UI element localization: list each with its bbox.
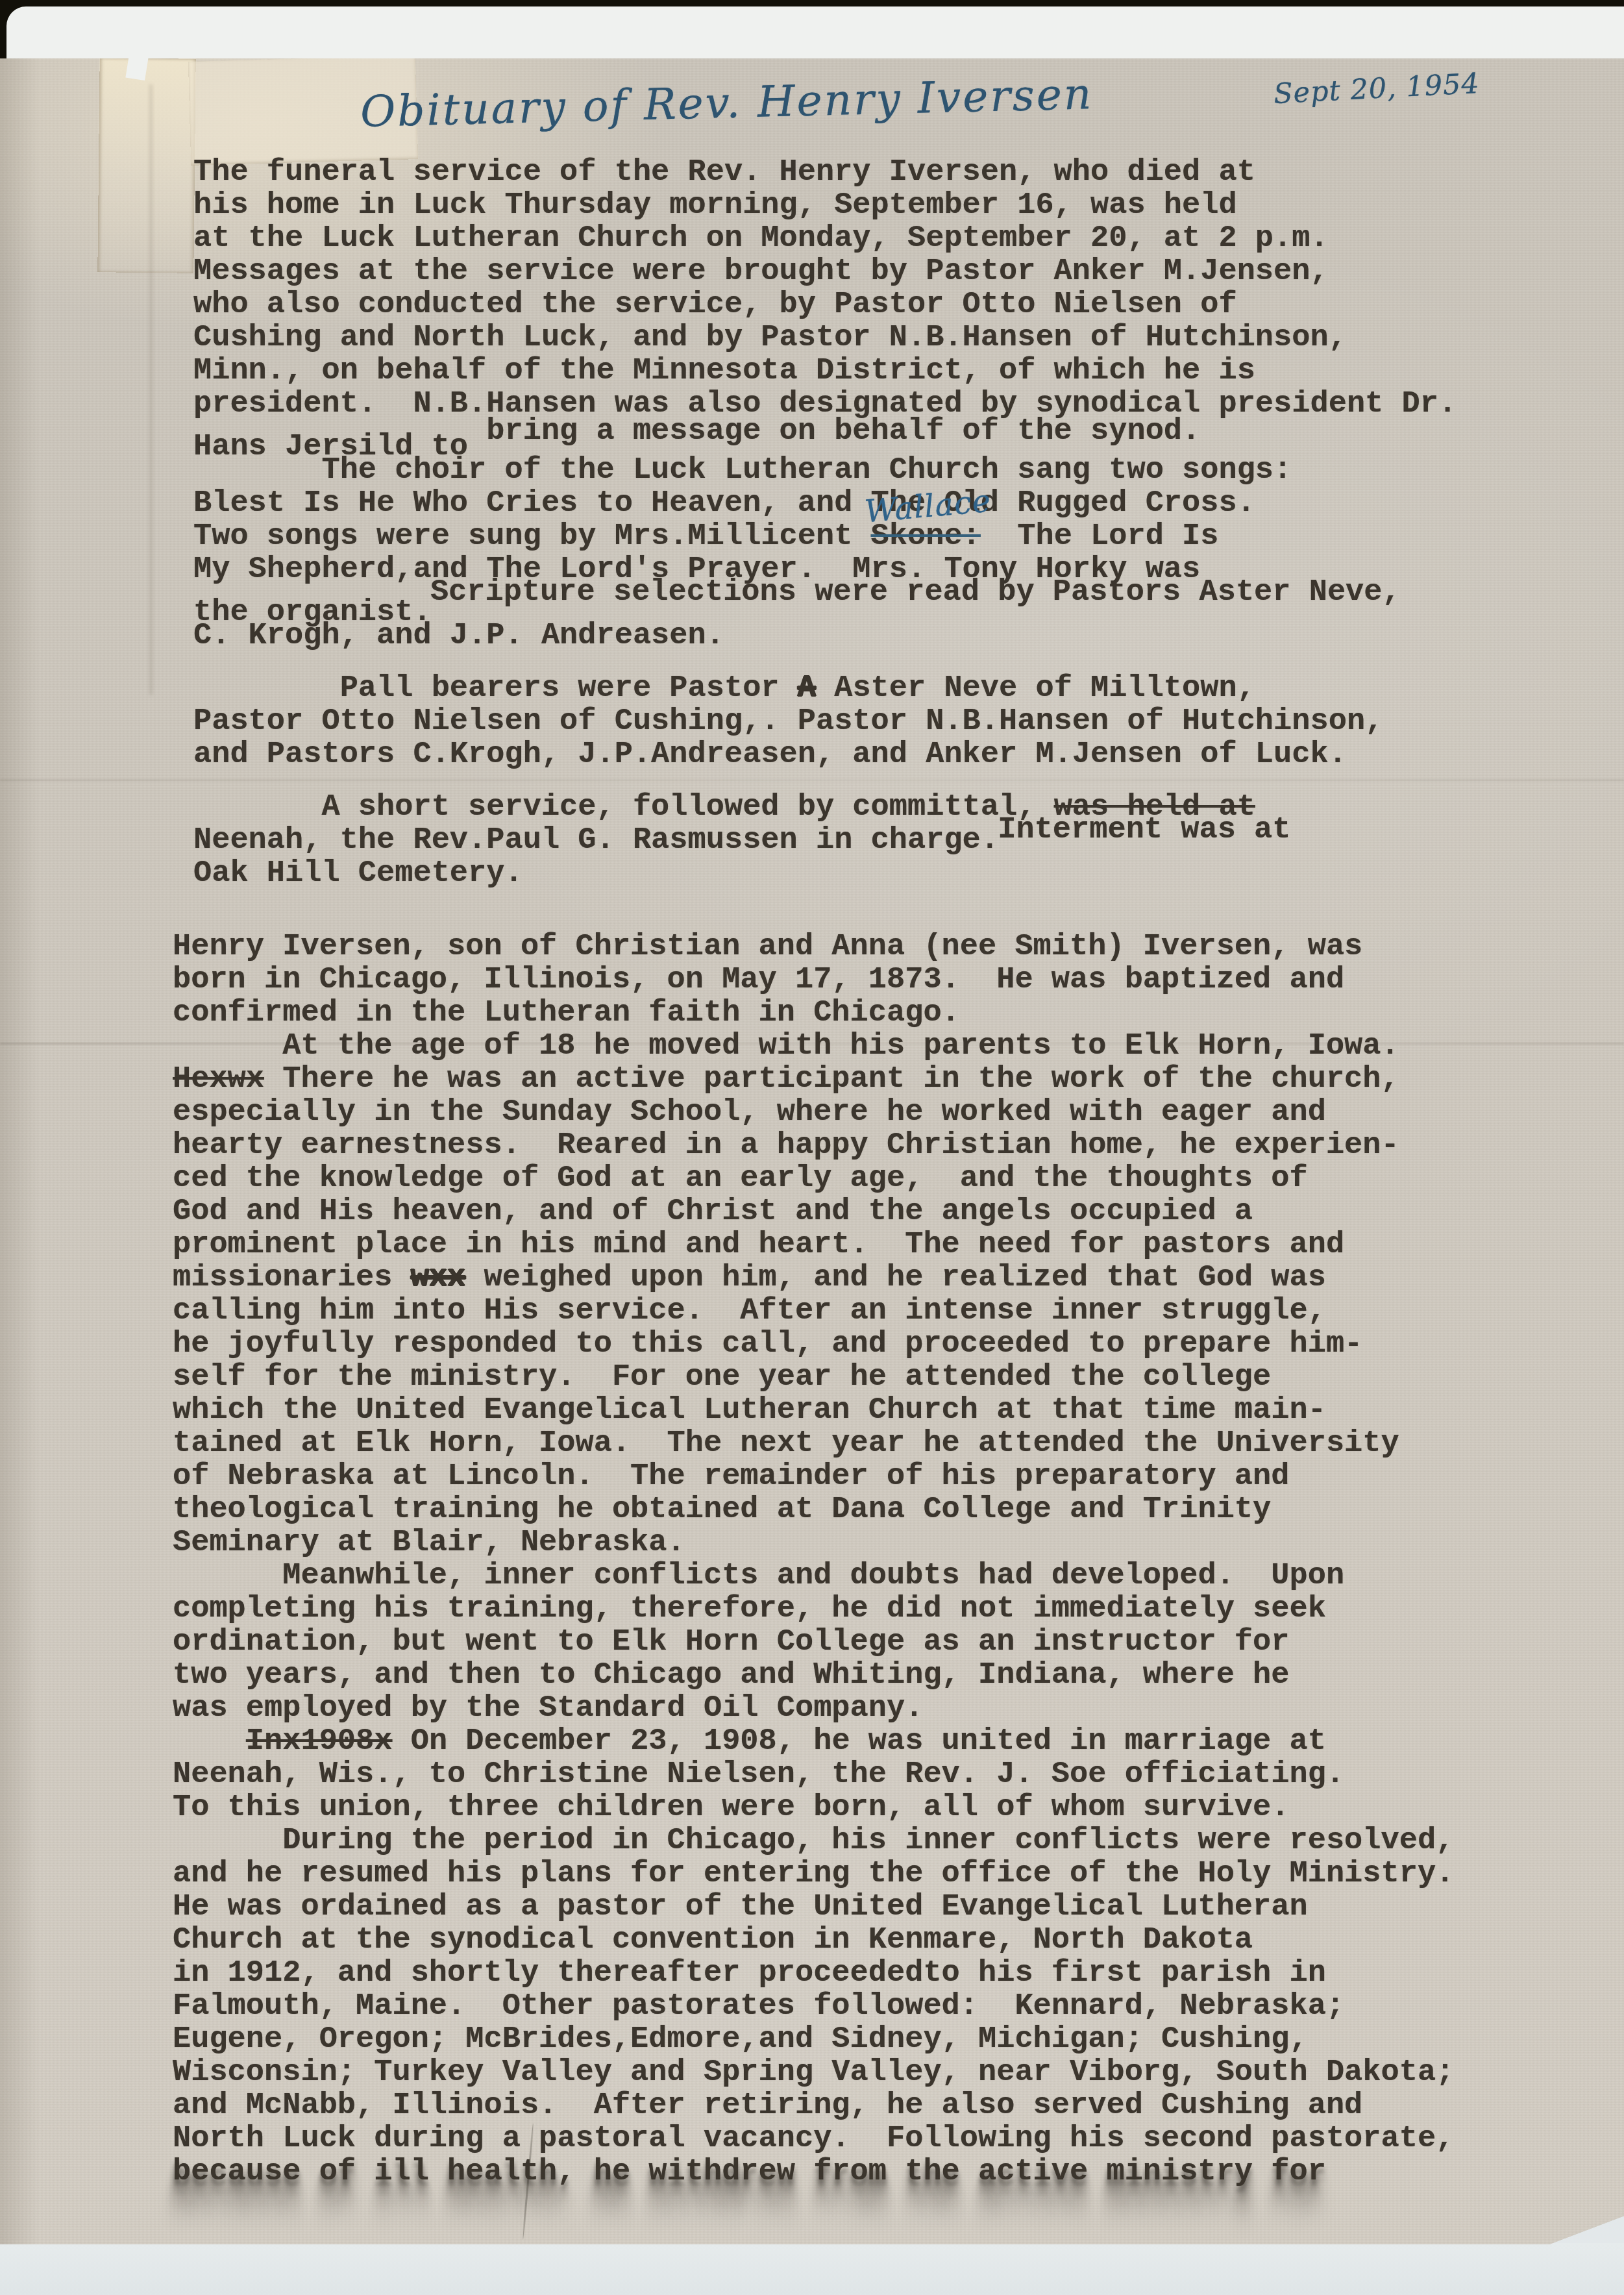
typed-segment: hearty earnestness. Reared in a happy Ch… (173, 1128, 1399, 1163)
typed-segment: his home in Luck Thursday morning, Septe… (193, 188, 1237, 223)
typed-segment: in 1912, and shortly thereafter proceede… (173, 1956, 1326, 1991)
handwritten-title: Obituary of Rev. Henry Iversen (360, 69, 1094, 137)
typed-segment: Two songs were sung by Mrs.Millicent (193, 519, 871, 554)
typed-segment: During the period in Chicago, his inner … (173, 1824, 1454, 1858)
typed-line: he joyfully responded to this call, and … (173, 1328, 1624, 1361)
typed-line: A short service, followed by committal, … (193, 791, 1624, 824)
typed-line: Inx1908x On December 23, 1908, he was un… (173, 1725, 1624, 1758)
typed-segment: especially in the Sunday School, where h… (173, 1095, 1326, 1130)
typed-line: completing his training, therefore, he d… (173, 1593, 1624, 1626)
typed-line: Hexwx There he was an active participant… (173, 1063, 1624, 1096)
typed-segment: Pall bearers were Pastor (193, 671, 798, 706)
typed-line: Church at the synodical convention in Ke… (173, 1924, 1624, 1957)
typed-segment: Neenah, the Rev.Paul G. Rasmussen in cha… (193, 823, 1017, 858)
typed-line: self for the ministry. For one year he a… (173, 1361, 1624, 1394)
typed-segment: A (798, 671, 816, 706)
typed-segment: Seminary at Blair, Nebraska. (173, 1526, 685, 1560)
scanner-background-top (6, 6, 1624, 61)
typed-segment: missionaries (173, 1261, 411, 1295)
typed-segment: because of ill health, he withdrew from … (173, 2155, 1326, 2189)
typed-line: prominent place in his mind and heart. T… (173, 1228, 1624, 1261)
typed-segment: ordination, but went to Elk Horn College… (173, 1625, 1289, 1659)
typed-line: especially in the Sunday School, where h… (173, 1096, 1624, 1129)
typed-text: The funeral service of the Rev. Henry Iv… (0, 156, 1624, 2189)
typed-segment: On December 23, 1908, he was united in m… (392, 1724, 1325, 1759)
paragraph: The funeral service of the Rev. Henry Iv… (193, 156, 1624, 454)
typed-segment: Falmouth, Maine. Other pastorates follow… (173, 1989, 1344, 2024)
scanner-background-bottom (0, 2243, 1624, 2295)
typed-line: Pastor Otto Nielsen of Cushing,. Pastor … (193, 705, 1624, 738)
typed-line: in 1912, and shortly thereafter proceede… (173, 1957, 1624, 1990)
typed-line: Neenah, the Rev.Paul G. Rasmussen in cha… (193, 824, 1624, 857)
typed-segment: Eugene, Oregon; McBrides,Edmore,and Sidn… (173, 2022, 1308, 2057)
typed-segment: born in Chicago, Illinois, on May 17, 18… (173, 963, 1344, 997)
typed-line: Pall bearers were Pastor A Aster Neve of… (193, 672, 1624, 705)
typed-segment: ced the knowledge of God at an early age… (173, 1161, 1308, 1196)
typed-line: theological training he obtained at Dana… (173, 1493, 1624, 1526)
typed-line: During the period in Chicago, his inner … (173, 1824, 1624, 1857)
typed-line: ordination, but went to Elk Horn College… (173, 1626, 1624, 1659)
typed-line: Meanwhile, inner conflicts and doubts ha… (173, 1559, 1624, 1593)
typed-line: and he resumed his plans for entering th… (173, 1857, 1624, 1891)
typed-segment: Cushing and North Luck, and by Pastor N.… (193, 321, 1347, 355)
typed-segment: Blest Is He Who Cries to Heaven, and The… (193, 486, 1255, 521)
typed-line: Messages at the service were brought by … (193, 255, 1624, 288)
typed-line: To this union, three children were born,… (173, 1791, 1624, 1824)
typed-line: at the Luck Lutheran Church on Monday, S… (193, 222, 1624, 255)
typed-segment: North Luck during a pastoral vacancy. Fo… (173, 2122, 1454, 2156)
typed-segment: A short service, followed by committal, (193, 790, 1054, 825)
typed-line: Seminary at Blair, Nebraska. (173, 1526, 1624, 1559)
typed-segment: two years, and then to Chicago and Whiti… (173, 1658, 1289, 1693)
typed-line: He was ordained as a pastor of the Unite… (173, 1891, 1624, 1924)
typed-segment: Pastor Otto Nielsen of Cushing,. Pastor … (193, 704, 1383, 739)
typed-segment: and he resumed his plans for entering th… (173, 1857, 1454, 1891)
correction-wrap: Skone:Wallace (871, 520, 981, 553)
typed-line: calling him into His service. After an i… (173, 1295, 1624, 1328)
typed-segment: The Lord Is (981, 519, 1219, 554)
typed-segment: and McNabb, Illinois. After retiring, he… (173, 2089, 1362, 2123)
typed-segment: God and His heaven, and of Christ and th… (173, 1195, 1253, 1229)
typed-segment: prominent place in his mind and heart. T… (173, 1228, 1344, 1262)
paper-sheet: Obituary of Rev. Henry Iversen Sept 20, … (0, 58, 1624, 2244)
typed-segment: who also conducted the service, by Pasto… (193, 288, 1237, 322)
typed-segment: at the Luck Lutheran Church on Monday, S… (193, 221, 1329, 256)
typed-line: The funeral service of the Rev. Henry Iv… (193, 156, 1624, 189)
typed-line: Minn., on behalf of the Minnesota Distri… (193, 354, 1624, 388)
typed-segment: he joyfully responded to this call, and … (173, 1327, 1362, 1361)
typed-segment: self for the ministry. For one year he a… (173, 1360, 1271, 1395)
typed-segment: The funeral service of the Rev. Henry Iv… (193, 155, 1255, 190)
typed-line: ced the knowledge of God at an early age… (173, 1162, 1624, 1195)
typed-line: Two songs were sung by Mrs.Millicent Sko… (193, 520, 1624, 553)
typed-segment: Meanwhile, inner conflicts and doubts ha… (173, 1559, 1344, 1593)
typed-line: Hans Jersild to bring a message on behal… (193, 421, 1624, 454)
typed-line: two years, and then to Chicago and Whiti… (173, 1659, 1624, 1692)
typed-segment: Wisconsin; Turkey Valley and Spring Vall… (173, 2055, 1454, 2090)
typed-segment: To this union, three children were born,… (173, 1791, 1289, 1825)
typed-line: Falmouth, Maine. Other pastorates follow… (173, 1990, 1624, 2023)
typed-segment: which the United Evangelical Lutheran Ch… (173, 1393, 1326, 1428)
typed-segment: Hans Jersild to (193, 430, 486, 464)
typed-segment: wxx (411, 1261, 466, 1295)
typed-segment: Aster Neve of Milltown, (816, 671, 1255, 706)
typed-line: Neenah, Wis., to Christine Nielsen, the … (173, 1758, 1624, 1791)
scanned-obituary-page: { "header": { "title": "Obituary of Rev.… (0, 0, 1624, 2295)
typed-segment: calling him into His service. After an i… (173, 1294, 1326, 1328)
handwritten-date: Sept 20, 1954 (1273, 68, 1481, 111)
typed-segment: Scripture selections were read by Pastor… (430, 575, 1401, 610)
typed-segment: Oak Hill Cemetery. (193, 856, 523, 891)
typed-segment: bring a message on behalf of the synod. (486, 414, 1200, 449)
typed-line: which the United Evangelical Lutheran Ch… (173, 1394, 1624, 1427)
typed-segment: completing his training, therefore, he d… (173, 1592, 1326, 1626)
typed-segment: weighed upon him, and he realized that G… (465, 1261, 1326, 1295)
typed-line: missionaries wxx weighed upon him, and h… (173, 1261, 1624, 1295)
typed-line: Cushing and North Luck, and by Pastor N.… (193, 321, 1624, 354)
typed-line: was employed by the Standard Oil Company… (173, 1692, 1624, 1725)
typed-line: because of ill health, he withdrew from … (173, 2155, 1624, 2189)
typed-line: North Luck during a pastoral vacancy. Fo… (173, 2122, 1624, 2155)
typed-segment: Interment was at (998, 813, 1290, 847)
typed-line: and Pastors C.Krogh, J.P.Andreasen, and … (193, 738, 1624, 771)
typed-segment: There he was an active participant in th… (264, 1062, 1399, 1097)
typed-segment: Inx1908x (246, 1724, 393, 1759)
paragraph: Pall bearers were Pastor A Aster Neve of… (193, 672, 1624, 771)
typed-segment: At the age of 18 he moved with his paren… (173, 1029, 1399, 1063)
typed-segment: Messages at the service were brought by … (193, 254, 1329, 289)
paragraph: The choir of the Luck Lutheran Church sa… (193, 454, 1624, 652)
typed-line: Henry Iversen, son of Christian and Anna… (173, 930, 1624, 963)
typed-line: At the age of 18 he moved with his paren… (173, 1030, 1624, 1063)
typed-line: who also conducted the service, by Pasto… (193, 288, 1624, 321)
paragraph: Henry Iversen, son of Christian and Anna… (173, 930, 1624, 2189)
typed-line: born in Chicago, Illinois, on May 17, 18… (173, 963, 1624, 997)
typed-line: Wisconsin; Turkey Valley and Spring Vall… (173, 2056, 1624, 2089)
typed-segment: was employed by the Standard Oil Company… (173, 1691, 923, 1726)
typed-line: Oak Hill Cemetery. (193, 857, 1624, 890)
typed-segment: and Pastors C.Krogh, J.P.Andreasen, and … (193, 738, 1347, 772)
typed-segment: He was ordained as a pastor of the Unite… (173, 1890, 1308, 1924)
typed-segment: theological training he obtained at Dana… (173, 1493, 1271, 1527)
typed-line: tained at Elk Horn, Iowa. The next year … (173, 1427, 1624, 1460)
paragraph: A short service, followed by committal, … (193, 791, 1624, 890)
typed-line: God and His heaven, and of Christ and th… (173, 1195, 1624, 1228)
typed-segment: the organist. (193, 595, 450, 630)
typed-segment: confirmed in the Lutheran faith in Chica… (173, 996, 960, 1030)
typed-segment: tained at Elk Horn, Iowa. The next year … (173, 1426, 1399, 1461)
typed-line: and McNabb, Illinois. After retiring, he… (173, 2089, 1624, 2122)
typed-segment: Henry Iversen, son of Christian and Anna… (173, 930, 1362, 964)
typed-segment: of Nebraska at Lincoln. The remainder of… (173, 1459, 1289, 1494)
typed-segment (173, 1724, 246, 1759)
typed-line: his home in Luck Thursday morning, Septe… (193, 189, 1624, 222)
typed-segment: Church at the synodical convention in Ke… (173, 1923, 1253, 1957)
typed-segment: Minn., on behalf of the Minnesota Distri… (193, 354, 1255, 388)
typed-line: confirmed in the Lutheran faith in Chica… (173, 997, 1624, 1030)
typed-line: the organist. Scripture selections were … (193, 586, 1624, 619)
typed-line: hearty earnestness. Reared in a happy Ch… (173, 1129, 1624, 1162)
typed-segment: Neenah, Wis., to Christine Nielsen, the … (173, 1757, 1344, 1792)
typed-line: Eugene, Oregon; McBrides,Edmore,and Sidn… (173, 2023, 1624, 2056)
typed-line: of Nebraska at Lincoln. The remainder of… (173, 1460, 1624, 1493)
typed-segment: Hexwx (173, 1062, 264, 1097)
